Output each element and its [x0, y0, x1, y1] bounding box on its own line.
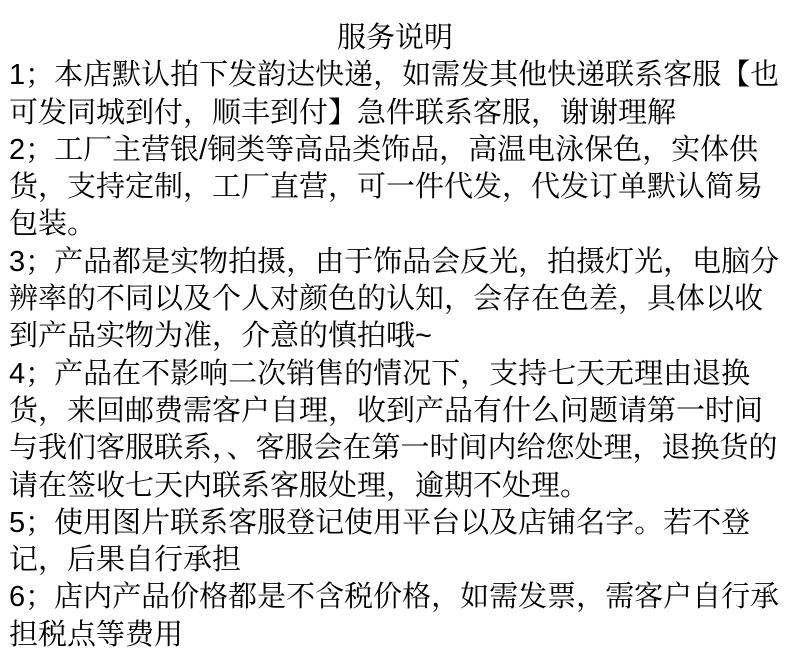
service-notes-document: 服务说明 1；本店默认拍下发韵达快递，如需发其他快递联系客服【也可发同城到付，顺… [0, 0, 790, 652]
service-item-returns: 4；产品在不影响二次销售的情况下，支持七天无理由退换货，来回邮费需客户自理，收到… [9, 356, 781, 505]
service-item-factory: 2；工厂主营银/铜类等高品类饰品，高温电泳保色，实体供货，支持定制，工厂直营，可… [9, 132, 781, 244]
page-title: 服务说明 [9, 20, 781, 57]
service-item-tax: 6；店内产品价格都是不含税价格，如需发票，需客户自行承担税点等费用 [9, 579, 781, 652]
service-item-image-registration: 5；使用图片联系客服登记使用平台以及店铺名字。若不登记，后果自行承担 [9, 505, 781, 580]
service-item-shipping: 1；本店默认拍下发韵达快递，如需发其他快递联系客服【也可发同城到付，顺丰到付】急… [9, 57, 781, 132]
service-item-color-difference: 3；产品都是实物拍摄，由于饰品会反光，拍摄灯光，电脑分辨率的不同以及个人对颜色的… [9, 244, 781, 356]
